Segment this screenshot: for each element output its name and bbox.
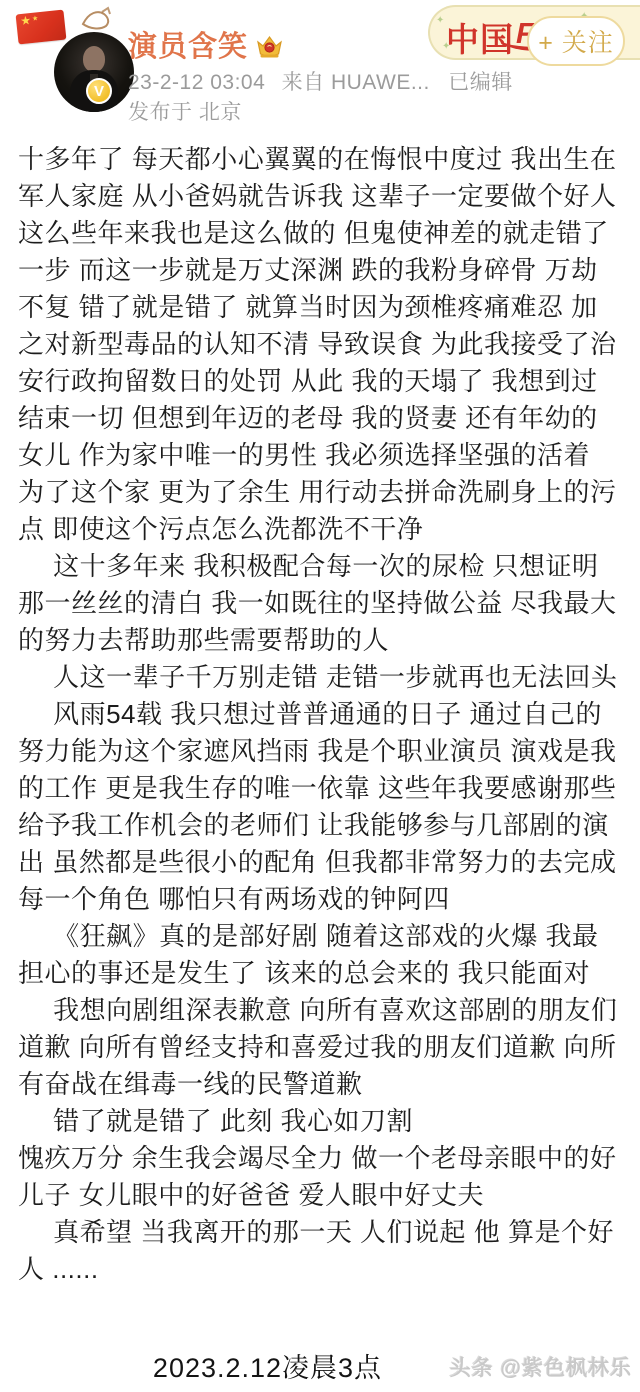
- edited-label: 已编辑: [448, 71, 513, 94]
- toutiao-watermark: 头条 @紫色枫林乐: [450, 1352, 632, 1382]
- username-text: 演员含笑: [128, 24, 248, 65]
- sparkle-decoration-icon: ✦: [436, 15, 444, 26]
- post-paragraph: 十多年了 每天都小心翼翼的在悔恨中度过 我出生在军人家庭 从小爸妈就告诉我 这辈…: [18, 141, 622, 548]
- post-meta-line: 23-2-12 03:04 来自 HUAWE... 已编辑: [128, 66, 513, 96]
- avatar-person-head: [83, 46, 105, 72]
- post-paragraph: 风雨54载 我只想过普普通通的日子 通过自己的努力能为这个家遮风挡雨 我是个职业…: [18, 696, 622, 918]
- flag-star-icon: ★: [20, 14, 32, 27]
- post-paragraph: 这十多年来 我积极配合每一次的尿检 只想证明那一丝丝的清白 我一如既往的坚持做公…: [18, 548, 622, 659]
- username-link[interactable]: 演员含笑: [128, 24, 283, 65]
- china-flag-avatar-decoration-icon: ★ ★: [16, 10, 67, 45]
- post-header: ★ ★ V 演员含笑 23-2-12 03:04 来自 HUAWE... 已编辑…: [0, 0, 640, 138]
- post-paragraph: 愧疚万分 余生我会竭尽全力 做一个老母亲眼中的好儿子 女儿眼中的好爸爸 爱人眼中…: [18, 1140, 622, 1214]
- avatar[interactable]: ★ ★ V: [16, 6, 132, 118]
- post-paragraph: 错了就是错了 此刻 我心如刀割: [18, 1103, 622, 1140]
- post-paragraph: 人这一辈子千万别走错 走错一步就再也无法回头: [18, 659, 622, 696]
- post-source-device[interactable]: 来自 HUAWE...: [282, 71, 430, 94]
- post-location: 发布于 北京: [128, 96, 242, 126]
- post-content: 十多年了 每天都小心翼翼的在悔恨中度过 我出生在军人家庭 从小爸妈就告诉我 这辈…: [18, 141, 622, 1337]
- post-timestamp: 23-2-12 03:04: [128, 71, 265, 94]
- flag-star-icon: ★: [32, 15, 39, 23]
- post-paragraph: 我想向剧组深表歉意 向所有喜欢这部剧的朋友们道歉 向所有曾经支持和喜爱过我的朋友…: [18, 992, 622, 1103]
- post-paragraph: 《狂飙》真的是部好剧 随着这部戏的火爆 我最担心的事还是发生了 该来的总会来的 …: [18, 918, 622, 992]
- weibo-post-screenshot: { "header": { "username": "演员含笑", "verif…: [0, 0, 640, 1392]
- verified-v-badge-icon: V: [86, 78, 112, 104]
- post-paragraph: 真希望 当我离开的那一天 人们说起 他 算是个好人 ......: [18, 1214, 622, 1288]
- follow-button[interactable]: + 关注: [527, 16, 625, 66]
- avatar-pendant-bird-icon: [80, 6, 114, 32]
- vip-crown-icon: [256, 33, 283, 59]
